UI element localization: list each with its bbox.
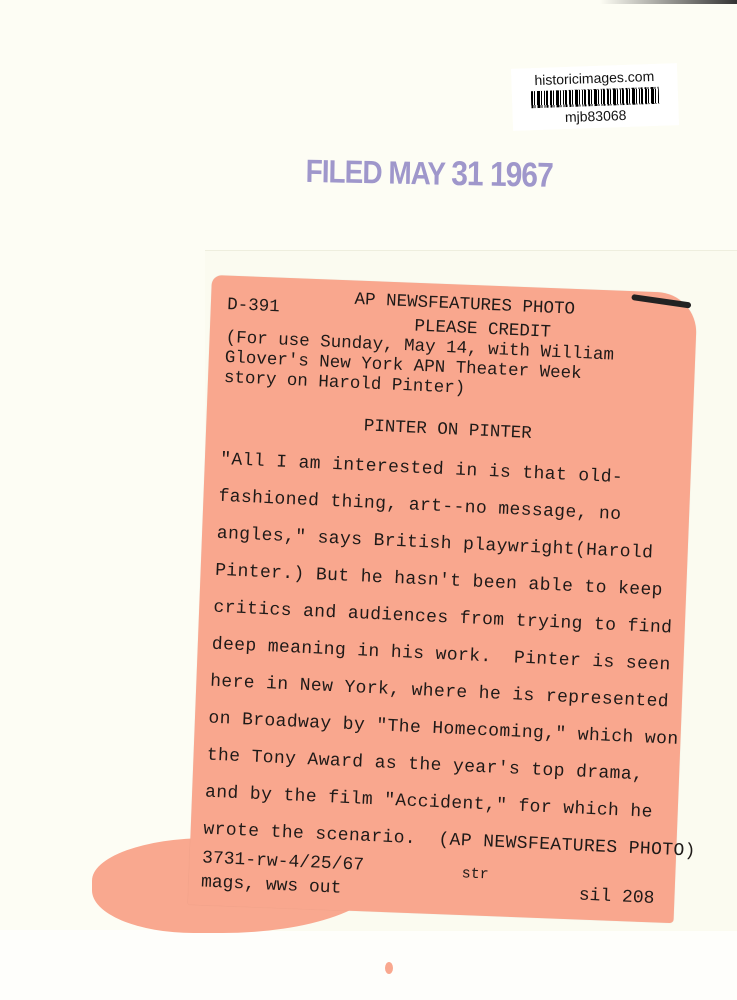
barcode-icon	[531, 87, 660, 108]
caption-initials: str	[461, 864, 489, 885]
barcode-site-text: historicimages.com	[511, 67, 677, 89]
stamp-filed-text: FILED MAY	[305, 153, 444, 191]
pink-stain-drop	[385, 962, 393, 974]
caption-sil-number: sil 208	[578, 886, 654, 909]
caption-ref-number: D-391	[227, 295, 280, 317]
barcode-label: historicimages.com mjb83068	[511, 63, 679, 131]
paper-bottom-band	[0, 930, 737, 1000]
stamp-date: 31 1967	[451, 155, 553, 195]
filed-date-stamp: FILED MAY 31 1967	[305, 152, 553, 196]
barcode-id-text: mjb83068	[512, 105, 678, 127]
photo-top-edge	[600, 0, 737, 4]
caption-text-block: D-391 AP NEWSFEATURES PHOTO PLEASE CREDI…	[200, 288, 697, 918]
